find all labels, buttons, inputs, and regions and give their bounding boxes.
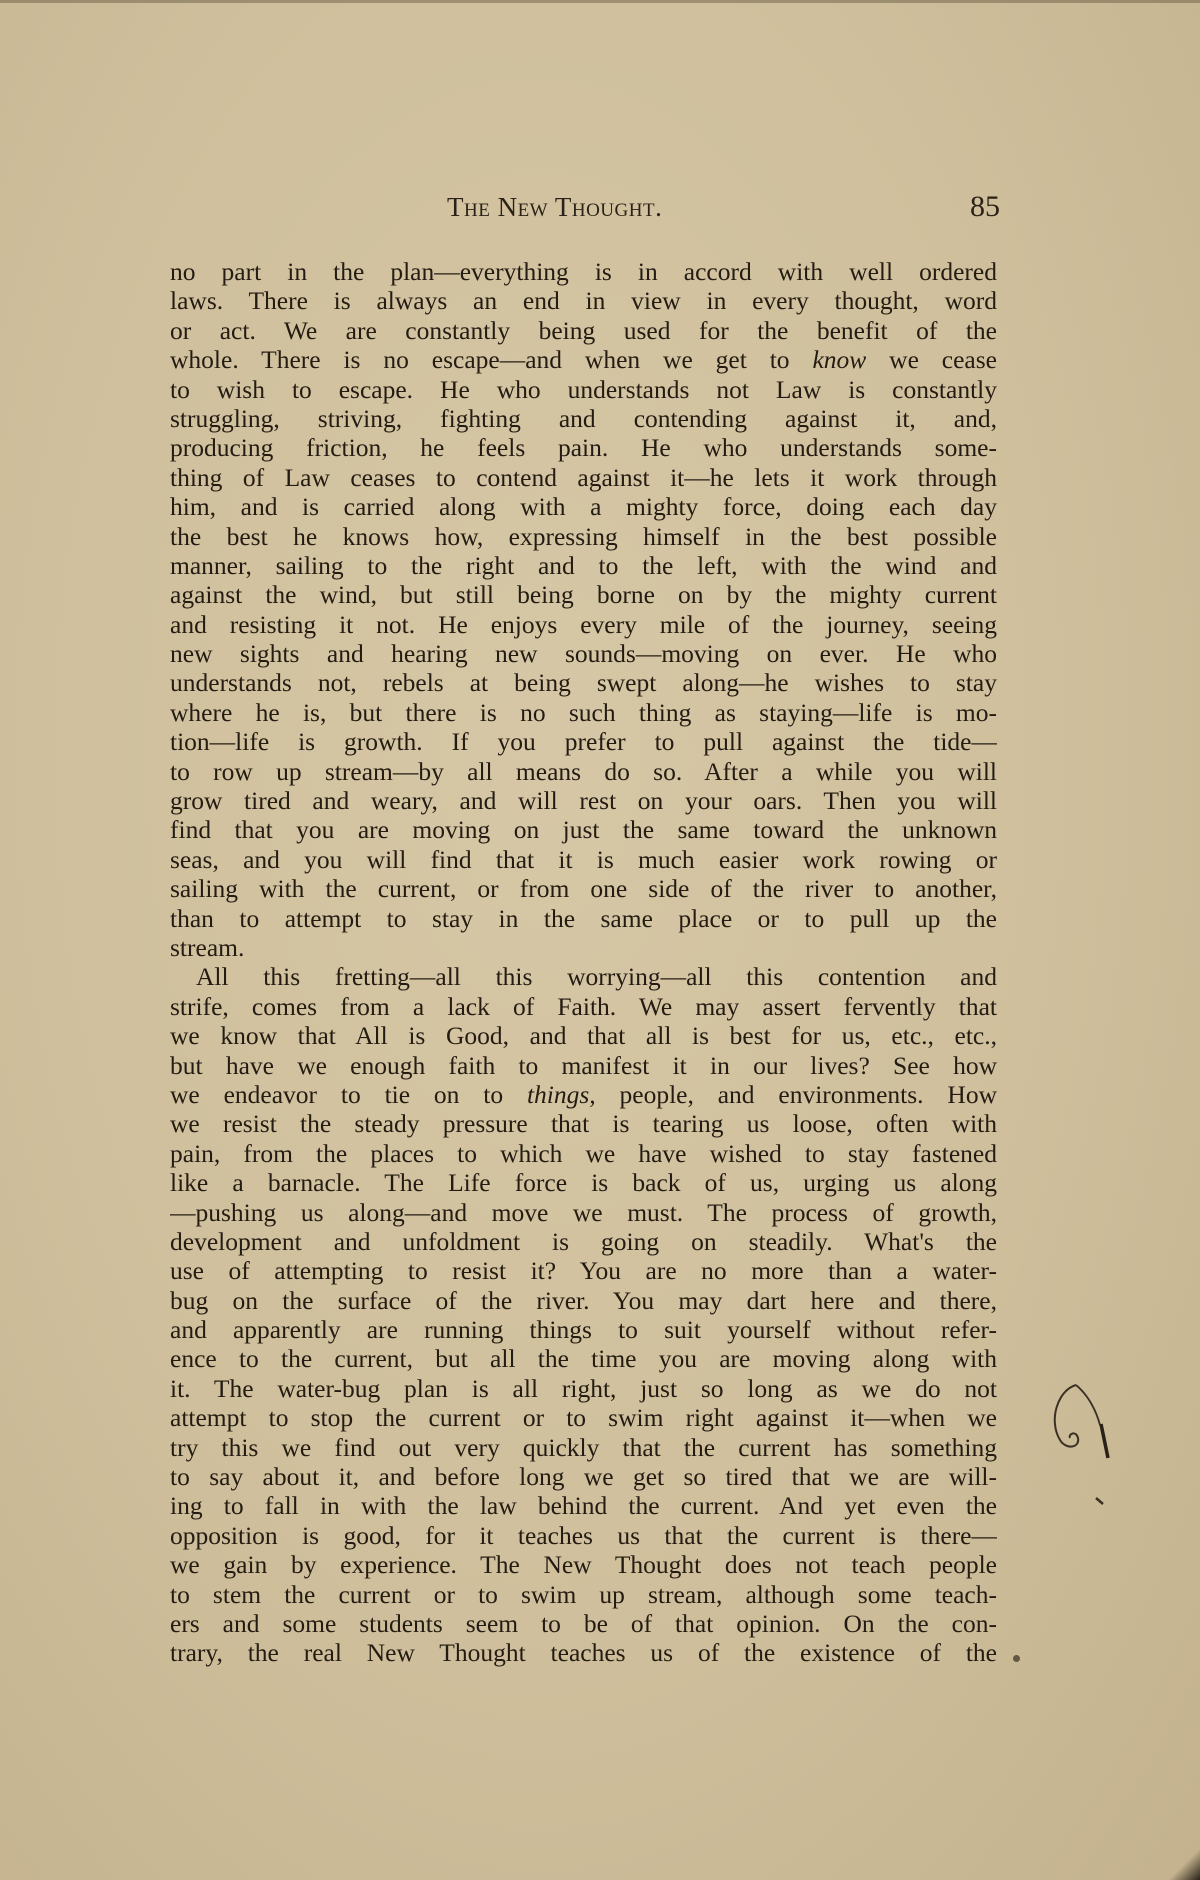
text-line: where he is, but there is no such thing … <box>170 698 997 727</box>
text-line: opposition is good, for it teaches us th… <box>170 1521 997 1550</box>
text-line: to stem the current or to swim up stream… <box>170 1580 997 1609</box>
handwritten-mark-icon <box>1048 1380 1118 1520</box>
text-line: to row up stream—by all means do so. Aft… <box>170 757 997 786</box>
text-line: and resisting it not. He enjoys every mi… <box>170 610 997 639</box>
text-line: tion—life is growth. If you prefer to pu… <box>170 727 997 756</box>
text-line: and apparently are running things to sui… <box>170 1315 997 1344</box>
text-line: ers and some students seem to be of that… <box>170 1609 997 1638</box>
text-line: laws. There is always an end in view in … <box>170 286 997 315</box>
text-line: the best he knows how, expressing himsel… <box>170 522 997 551</box>
text-line: thing of Law ceases to contend against i… <box>170 463 997 492</box>
text-line: try this we find out very quickly that t… <box>170 1433 997 1462</box>
text-line: to wish to escape. He who understands no… <box>170 375 997 404</box>
text-line: him, and is carried along with a mighty … <box>170 492 997 521</box>
ink-spot <box>1013 1655 1020 1662</box>
text-line: new sights and hearing new sounds—moving… <box>170 639 997 668</box>
text-line: we gain by experience. The New Thought d… <box>170 1550 997 1579</box>
text-line: like a barnacle. The Life force is back … <box>170 1168 997 1197</box>
text-line: than to attempt to stay in the same plac… <box>170 904 997 933</box>
text-line: ing to fall in with the law behind the c… <box>170 1491 997 1520</box>
text-line: seas, and you will find that it is much … <box>170 845 997 874</box>
text-line: —pushing us along—and move we must. The … <box>170 1198 997 1227</box>
page-number: 85 <box>970 190 1000 224</box>
page-edge-line <box>0 0 1200 3</box>
text-line: use of attempting to resist it? You are … <box>170 1256 997 1285</box>
text-line: we know that All is Good, and that all i… <box>170 1021 997 1050</box>
body-text: no part in the plan—everything is in acc… <box>170 257 997 1668</box>
text-line: whole. There is no escape—and when we ge… <box>170 345 997 374</box>
text-line: struggling, striving, fighting and conte… <box>170 404 997 433</box>
text-line: producing friction, he feels pain. He wh… <box>170 433 997 462</box>
book-page: The New Thought. 85 no part in the plan—… <box>0 0 1200 1880</box>
text-line: we resist the steady pressure that is te… <box>170 1109 997 1138</box>
text-line: development and unfoldment is going on s… <box>170 1227 997 1256</box>
text-line: strife, comes from a lack of Faith. We m… <box>170 992 997 1021</box>
text-line: against the wind, but still being borne … <box>170 580 997 609</box>
text-line: understands not, rebels at being swept a… <box>170 668 997 697</box>
running-header: The New Thought. 85 <box>0 192 1200 232</box>
text-line: All this fretting—all this worrying—all … <box>170 962 997 991</box>
text-line: bug on the surface of the river. You may… <box>170 1286 997 1315</box>
text-line: no part in the plan—everything is in acc… <box>170 257 997 286</box>
text-line: we endeavor to tie on to things, people,… <box>170 1080 997 1109</box>
text-line: attempt to stop the current or to swim r… <box>170 1403 997 1432</box>
text-line: or act. We are constantly being used for… <box>170 316 997 345</box>
text-line: sailing with the current, or from one si… <box>170 874 997 903</box>
text-line: manner, sailing to the right and to the … <box>170 551 997 580</box>
text-line: to say about it, and before long we get … <box>170 1462 997 1491</box>
text-line: but have we enough faith to manifest it … <box>170 1051 997 1080</box>
text-line: it. The water-bug plan is all right, jus… <box>170 1374 997 1403</box>
text-line: ence to the current, but all the time yo… <box>170 1344 997 1373</box>
text-line: stream. <box>170 933 997 962</box>
running-title: The New Thought. <box>447 192 662 223</box>
text-line: grow tired and weary, and will rest on y… <box>170 786 997 815</box>
text-line: trary, the real New Thought teaches us o… <box>170 1638 997 1667</box>
text-line: find that you are moving on just the sam… <box>170 815 997 844</box>
page-corner-shadow <box>1160 1840 1200 1880</box>
text-line: pain, from the places to which we have w… <box>170 1139 997 1168</box>
